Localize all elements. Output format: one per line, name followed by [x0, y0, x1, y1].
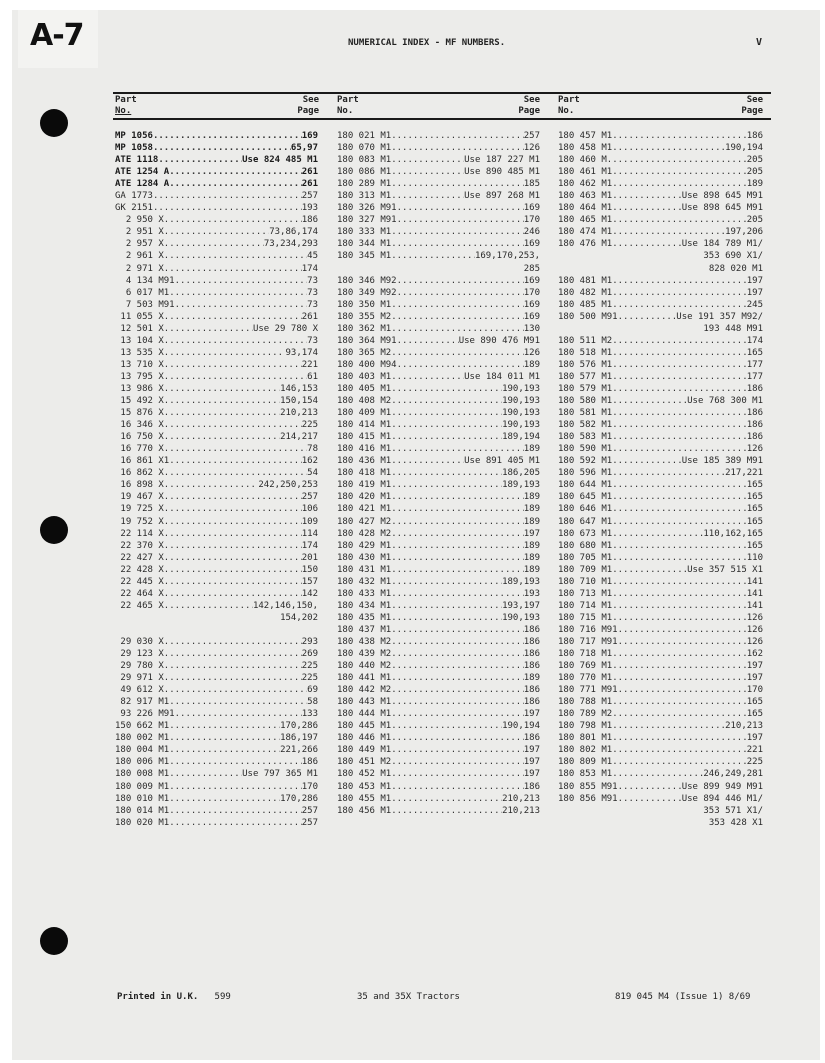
see-page: 186	[524, 660, 540, 672]
part-number: 180 442 M2	[337, 684, 391, 696]
part-number: 13 710 X	[115, 359, 164, 371]
index-entry: 180 485 M1245	[558, 299, 763, 311]
see-page: 106	[302, 503, 318, 515]
leader-dots	[391, 491, 524, 503]
continuation-row: 353 428 X1	[558, 817, 763, 829]
part-number: 180 802 M1	[558, 744, 612, 756]
part-number: 180 788 M1	[558, 696, 612, 708]
see-page: 165	[747, 696, 763, 708]
leader-dots	[612, 299, 747, 311]
see-page: 246	[524, 226, 540, 238]
part-number: 180 362 M1	[337, 323, 391, 335]
see-page: 177	[747, 371, 763, 383]
part-number: 12 501 X	[115, 323, 164, 335]
leader-dots	[391, 431, 502, 443]
part-number: 22 445 X	[115, 576, 164, 588]
see-page: 189	[524, 503, 540, 515]
leader-dots	[169, 455, 302, 467]
leader-dots	[391, 178, 524, 190]
see-page: 54	[307, 467, 318, 479]
see-page: 186	[302, 756, 318, 768]
leader-dots	[612, 443, 747, 455]
index-entry: ATE 1118Use 824 485 M1	[115, 154, 318, 166]
index-entry: 180 416 M1189	[337, 443, 540, 455]
index-entry: 180 435 M1190,193	[337, 612, 540, 624]
part-number: 180 408 M2	[337, 395, 391, 407]
index-entry: 180 415 M1189,194	[337, 431, 540, 443]
see-page: Use 185 389 M91	[682, 455, 763, 467]
see-page: 210,213	[280, 407, 318, 419]
header-no: No.	[337, 106, 353, 117]
leader-dots	[391, 552, 524, 564]
see-page: 186	[747, 419, 763, 431]
part-number: 180 346 M92	[337, 275, 397, 287]
index-entry: 180 428 M2197	[337, 528, 540, 540]
leader-dots	[391, 612, 502, 624]
index-entry: 180 798 M1210,213	[558, 720, 763, 732]
continuation-row: 353 690 X1/	[558, 250, 763, 262]
see-page: Use 768 300 M1	[687, 395, 763, 407]
see-page: 73,234,293	[264, 238, 318, 250]
see-page: 261	[302, 178, 318, 190]
see-page: 126	[747, 612, 763, 624]
footer-number: 599	[215, 992, 231, 1002]
index-entry: 180 458 M1190,194	[558, 142, 763, 154]
part-number: 180 409 M1	[337, 407, 391, 419]
index-entry: 180 313 M1Use 897 268 M1	[337, 190, 540, 202]
leader-dots	[391, 528, 524, 540]
see-page: 189	[524, 672, 540, 684]
leader-dots	[612, 564, 687, 576]
header-page: Page	[741, 106, 763, 117]
see-page: 197	[524, 528, 540, 540]
see-page: 261	[302, 311, 318, 323]
leader-dots	[169, 793, 280, 805]
leader-dots	[612, 576, 747, 588]
index-entry: 180 333 M1246	[337, 226, 540, 238]
index-entry: 180 713 M1141	[558, 588, 763, 600]
leader-dots	[612, 214, 747, 226]
index-entry: 180 673 M1110,162,165	[558, 528, 763, 540]
index-entry: 2 957 X73,234,293	[115, 238, 318, 250]
index-entry: 180 596 M1217,221	[558, 467, 763, 479]
see-page: 165	[747, 479, 763, 491]
see-page: 221	[747, 744, 763, 756]
leader-dots	[169, 732, 280, 744]
continuation-row: 193 448 M91	[558, 323, 763, 335]
index-entry: 180 802 M1221	[558, 744, 763, 756]
part-number: 180 432 M1	[337, 576, 391, 588]
part-number: 180 002 M1	[115, 732, 169, 744]
part-number: 49 612 X	[115, 684, 164, 696]
index-entry: 180 511 M2174	[558, 335, 763, 347]
see-page: 126	[747, 636, 763, 648]
index-entry: 22 428 X150	[115, 564, 318, 576]
part-number: 180 420 M1	[337, 491, 391, 503]
index-entry: 7 503 M9173	[115, 299, 318, 311]
part-number: 29 780 X	[115, 660, 164, 672]
part-number: 22 427 X	[115, 552, 164, 564]
index-entry: 12 501 XUse 29 780 X	[115, 323, 318, 335]
leader-dots	[618, 781, 682, 793]
part-number: 180 801 M1	[558, 732, 612, 744]
leader-dots	[164, 263, 302, 275]
index-entry: 180 476 M1Use 184 789 M1/	[558, 238, 763, 250]
part-number: 180 646 M1	[558, 503, 612, 515]
see-page: Use 29 780 X	[253, 323, 318, 335]
index-entry: 180 419 M1189,193	[337, 479, 540, 491]
part-number: ATE 1118	[115, 154, 158, 166]
see-page: 210,213	[725, 720, 763, 732]
see-page: 257	[302, 805, 318, 817]
see-page: 162	[747, 648, 763, 660]
part-number: 180 476 M1	[558, 238, 612, 250]
see-page: 142,146,150,	[253, 600, 318, 612]
leader-dots	[391, 756, 524, 768]
see-page: 186	[747, 383, 763, 395]
leader-dots	[164, 576, 302, 588]
index-entry: 180 345 M1169,170,253,	[337, 250, 540, 262]
index-entry: 180 581 M1186	[558, 407, 763, 419]
part-number: 180 440 M2	[337, 660, 391, 672]
header-page: Page	[518, 106, 540, 117]
leader-dots	[391, 190, 464, 202]
leader-dots	[164, 383, 280, 395]
leader-dots	[391, 588, 524, 600]
part-number: ATE 1284 A	[115, 178, 169, 190]
index-entry: 180 408 M2190,193	[337, 395, 540, 407]
page-roman-number: V	[756, 37, 762, 48]
part-number: 180 443 M1	[337, 696, 391, 708]
part-number: 180 474 M1	[558, 226, 612, 238]
see-page: 269	[302, 648, 318, 660]
see-page: Use 898 645 M91	[682, 202, 763, 214]
leader-dots	[612, 528, 703, 540]
index-entry: ATE 1254 A261	[115, 166, 318, 178]
part-number: 180 710 M1	[558, 576, 612, 588]
index-entry: 180 464 M1Use 898 645 M91	[558, 202, 763, 214]
part-number: 180 436 M1	[337, 455, 391, 467]
see-page: 65,97	[291, 142, 318, 154]
part-number: 19 752 X	[115, 516, 164, 528]
index-entry: 29 123 X269	[115, 648, 318, 660]
part-number: 15 492 X	[115, 395, 164, 407]
index-entry: 49 612 X69	[115, 684, 318, 696]
see-page: Use 890 485 M1	[464, 166, 540, 178]
part-number: 180 020 M1	[115, 817, 169, 829]
column-header-2: PartSee No.Page	[337, 95, 540, 117]
leader-dots	[391, 323, 524, 335]
index-entry: 13 710 X221	[115, 359, 318, 371]
index-entry: 180 809 M1225	[558, 756, 763, 768]
index-entry: 180 463 M1Use 898 645 M91	[558, 190, 763, 202]
see-page-continued: 154,202	[280, 612, 318, 624]
index-entry: 180 500 M91Use 191 357 M92/	[558, 311, 763, 323]
leader-dots	[618, 624, 747, 636]
leader-dots	[391, 781, 524, 793]
see-page: 78	[307, 443, 318, 455]
part-number: 180 715 M1	[558, 612, 612, 624]
leader-dots	[164, 491, 302, 503]
part-number: 180 313 M1	[337, 190, 391, 202]
part-number: 2 957 X	[115, 238, 164, 250]
see-page: Use 894 446 M1/	[682, 793, 763, 805]
leader-dots	[391, 166, 464, 178]
part-number: MP 1058	[115, 142, 153, 154]
see-page: 186	[524, 732, 540, 744]
leader-dots	[391, 299, 524, 311]
index-entry: 180 327 M91170	[337, 214, 540, 226]
leader-dots	[612, 359, 747, 371]
leader-dots	[612, 419, 747, 431]
leader-dots	[158, 154, 242, 166]
header-no: No.	[115, 106, 131, 117]
part-number: 4 134 M91	[115, 275, 175, 287]
index-entry: 16 770 X78	[115, 443, 318, 455]
column-header-3: PartSee No.Page	[558, 95, 763, 117]
leader-dots	[618, 793, 682, 805]
part-number: 180 714 M1	[558, 600, 612, 612]
see-page: 197	[747, 287, 763, 299]
part-number: 180 465 M1	[558, 214, 612, 226]
index-entry: 22 464 X142	[115, 588, 318, 600]
see-page: 225	[302, 419, 318, 431]
index-entry: 180 430 M1189	[337, 552, 540, 564]
part-number: 180 405 M1	[337, 383, 391, 395]
part-number: 180 435 M1	[337, 612, 391, 624]
index-entry: 180 451 M2197	[337, 756, 540, 768]
see-page: Use 824 485 M1	[242, 154, 318, 166]
index-entry: 13 104 X73	[115, 335, 318, 347]
index-entry: 2 951 X73,86,174	[115, 226, 318, 238]
index-entry: 180 403 M1Use 184 011 M1	[337, 371, 540, 383]
index-entry: 180 009 M1170	[115, 781, 318, 793]
index-entry: 29 030 X293	[115, 636, 318, 648]
see-page: 109	[302, 516, 318, 528]
index-entry: 180 437 M1186	[337, 624, 540, 636]
part-number: 29 123 X	[115, 648, 164, 660]
index-entry: 180 518 M1165	[558, 347, 763, 359]
part-number: 180 344 M1	[337, 238, 391, 250]
see-page: 193	[524, 588, 540, 600]
leader-dots	[164, 359, 302, 371]
see-page: 245	[747, 299, 763, 311]
see-page: 189,194	[502, 431, 540, 443]
index-entry: 180 456 M1210,213	[337, 805, 540, 817]
part-number: 180 680 M1	[558, 540, 612, 552]
index-entry: 180 006 M1186	[115, 756, 318, 768]
part-number: 16 770 X	[115, 443, 164, 455]
index-entry: 180 431 M1189	[337, 564, 540, 576]
see-page: 257	[524, 130, 540, 142]
see-page: 73,86,174	[269, 226, 318, 238]
leader-dots	[164, 335, 307, 347]
see-page: 141	[747, 600, 763, 612]
leader-dots	[612, 768, 703, 780]
part-number: 180 326 M91	[337, 202, 397, 214]
leader-dots	[391, 720, 502, 732]
part-number: 180 008 M1	[115, 768, 169, 780]
header-part: Part	[558, 95, 580, 106]
see-page: 110,162,165	[703, 528, 763, 540]
part-number: 180 345 M1	[337, 250, 391, 262]
see-page: Use 191 357 M92/	[676, 311, 763, 323]
see-page: 169,170,253,	[475, 250, 540, 262]
part-number: 180 428 M2	[337, 528, 391, 540]
index-entry: 6 017 M173	[115, 287, 318, 299]
leader-dots	[391, 600, 502, 612]
leader-dots	[169, 817, 302, 829]
index-entry: 180 856 M91Use 894 446 M1/	[558, 793, 763, 805]
part-number: 180 853 M1	[558, 768, 612, 780]
see-page: 110	[747, 552, 763, 564]
see-page: 174	[747, 335, 763, 347]
index-entry: 180 801 M1197	[558, 732, 763, 744]
see-page: 174	[302, 263, 318, 275]
index-entry: 180 645 M1165	[558, 491, 763, 503]
part-number: 180 856 M91	[558, 793, 618, 805]
see-page: 197	[524, 708, 540, 720]
part-number: 180 673 M1	[558, 528, 612, 540]
see-page: 186,205	[502, 467, 540, 479]
see-page: 221,266	[280, 744, 318, 756]
part-number: 16 898 X	[115, 479, 164, 491]
see-page: 261	[302, 166, 318, 178]
leader-dots	[391, 684, 524, 696]
part-number: 16 861 X1	[115, 455, 169, 467]
leader-dots	[169, 720, 280, 732]
see-page: 126	[747, 624, 763, 636]
part-number: 180 453 M1	[337, 781, 391, 793]
index-entry: 180 021 M1257	[337, 130, 540, 142]
part-number: 19 725 X	[115, 503, 164, 515]
see-page: 165	[747, 347, 763, 359]
see-page: 186	[747, 431, 763, 443]
see-page: 126	[524, 347, 540, 359]
leader-dots	[618, 684, 747, 696]
leader-dots	[397, 202, 524, 214]
leader-dots	[164, 250, 307, 262]
part-number: 180 464 M1	[558, 202, 612, 214]
header-no: No.	[558, 106, 574, 117]
part-number: 180 481 M1	[558, 275, 612, 287]
see-page: Use 184 011 M1	[464, 371, 540, 383]
leader-dots	[391, 503, 524, 515]
leader-dots	[612, 395, 687, 407]
header-see: See	[747, 95, 763, 106]
index-entry: 4 134 M9173	[115, 275, 318, 287]
see-page: Use 897 268 M1	[464, 190, 540, 202]
header-bottom-rule	[113, 118, 771, 120]
index-entry: 180 583 M1186	[558, 431, 763, 443]
leader-dots	[164, 419, 302, 431]
see-page: 197	[747, 275, 763, 287]
part-number: 150 662 M1	[115, 720, 169, 732]
index-entry: 22 427 X201	[115, 552, 318, 564]
leader-dots	[391, 672, 524, 684]
part-number: MP 1056	[115, 130, 153, 142]
part-number: 180 580 M1	[558, 395, 612, 407]
leader-dots	[164, 516, 302, 528]
leader-dots	[169, 287, 307, 299]
index-entry: 13 795 X61	[115, 371, 318, 383]
see-page: 165	[747, 503, 763, 515]
index-entry: 180 577 M1177	[558, 371, 763, 383]
leader-dots	[612, 479, 747, 491]
part-number: 11 055 X	[115, 311, 164, 323]
see-page: 170	[747, 684, 763, 696]
see-page: 197	[524, 756, 540, 768]
index-entry: 19 467 X257	[115, 491, 318, 503]
index-entry: 180 710 M1141	[558, 576, 763, 588]
index-entry: 180 442 M2186	[337, 684, 540, 696]
see-page: 225	[747, 756, 763, 768]
index-entry: 180 429 M1189	[337, 540, 540, 552]
part-number: 180 009 M1	[115, 781, 169, 793]
part-number: 93 226 M91	[115, 708, 175, 720]
index-entry: 22 465 X142,146,150,	[115, 600, 318, 612]
part-number: 180 855 M91	[558, 781, 618, 793]
leader-dots	[612, 467, 725, 479]
leader-dots	[391, 805, 502, 817]
index-entry: 16 346 X225	[115, 419, 318, 431]
part-number: 16 862 X	[115, 467, 164, 479]
see-page-continued: 285	[524, 263, 540, 275]
part-number: 29 971 X	[115, 672, 164, 684]
see-page: Use 797 365 M1	[242, 768, 318, 780]
see-page: 141	[747, 576, 763, 588]
part-number: 22 428 X	[115, 564, 164, 576]
see-page: Use 899 949 M91	[682, 781, 763, 793]
header-see: See	[524, 95, 540, 106]
part-number: 13 104 X	[115, 335, 164, 347]
leader-dots	[164, 323, 253, 335]
part-number: 180 705 M1	[558, 552, 612, 564]
part-number: 180 421 M1	[337, 503, 391, 515]
leader-dots	[612, 612, 747, 624]
index-entry: GA 1773257	[115, 190, 318, 202]
part-number: 180 462 M1	[558, 178, 612, 190]
index-entry: 180 453 M1186	[337, 781, 540, 793]
leader-dots	[391, 793, 502, 805]
header-top-rule	[113, 92, 771, 94]
leader-dots	[391, 347, 524, 359]
index-entry: 180 443 M1186	[337, 696, 540, 708]
index-entry: 180 083 M1Use 187 227 M1	[337, 154, 540, 166]
see-page: 141	[747, 588, 763, 600]
index-entry: 16 862 X54	[115, 467, 318, 479]
leader-dots	[164, 214, 302, 226]
see-page: 169	[524, 299, 540, 311]
index-entry: 180 461 M1205	[558, 166, 763, 178]
index-entry: 180 008 M1Use 797 365 M1	[115, 768, 318, 780]
leader-dots	[391, 455, 464, 467]
see-page: 205	[747, 154, 763, 166]
index-entry: 180 647 M1165	[558, 516, 763, 528]
see-page: 190,193	[502, 407, 540, 419]
see-page: 221	[302, 359, 318, 371]
see-page-continued: 828 020 M1	[709, 263, 763, 275]
index-entry: 29 780 X225	[115, 660, 318, 672]
index-entry: 180 365 M2126	[337, 347, 540, 359]
index-entry: 180 590 M1126	[558, 443, 763, 455]
see-page: 170	[524, 214, 540, 226]
part-number: 22 370 X	[115, 540, 164, 552]
see-page: 186	[524, 648, 540, 660]
index-entry: 19 725 X106	[115, 503, 318, 515]
see-page: 189	[524, 540, 540, 552]
index-entry: 180 355 M2169	[337, 311, 540, 323]
